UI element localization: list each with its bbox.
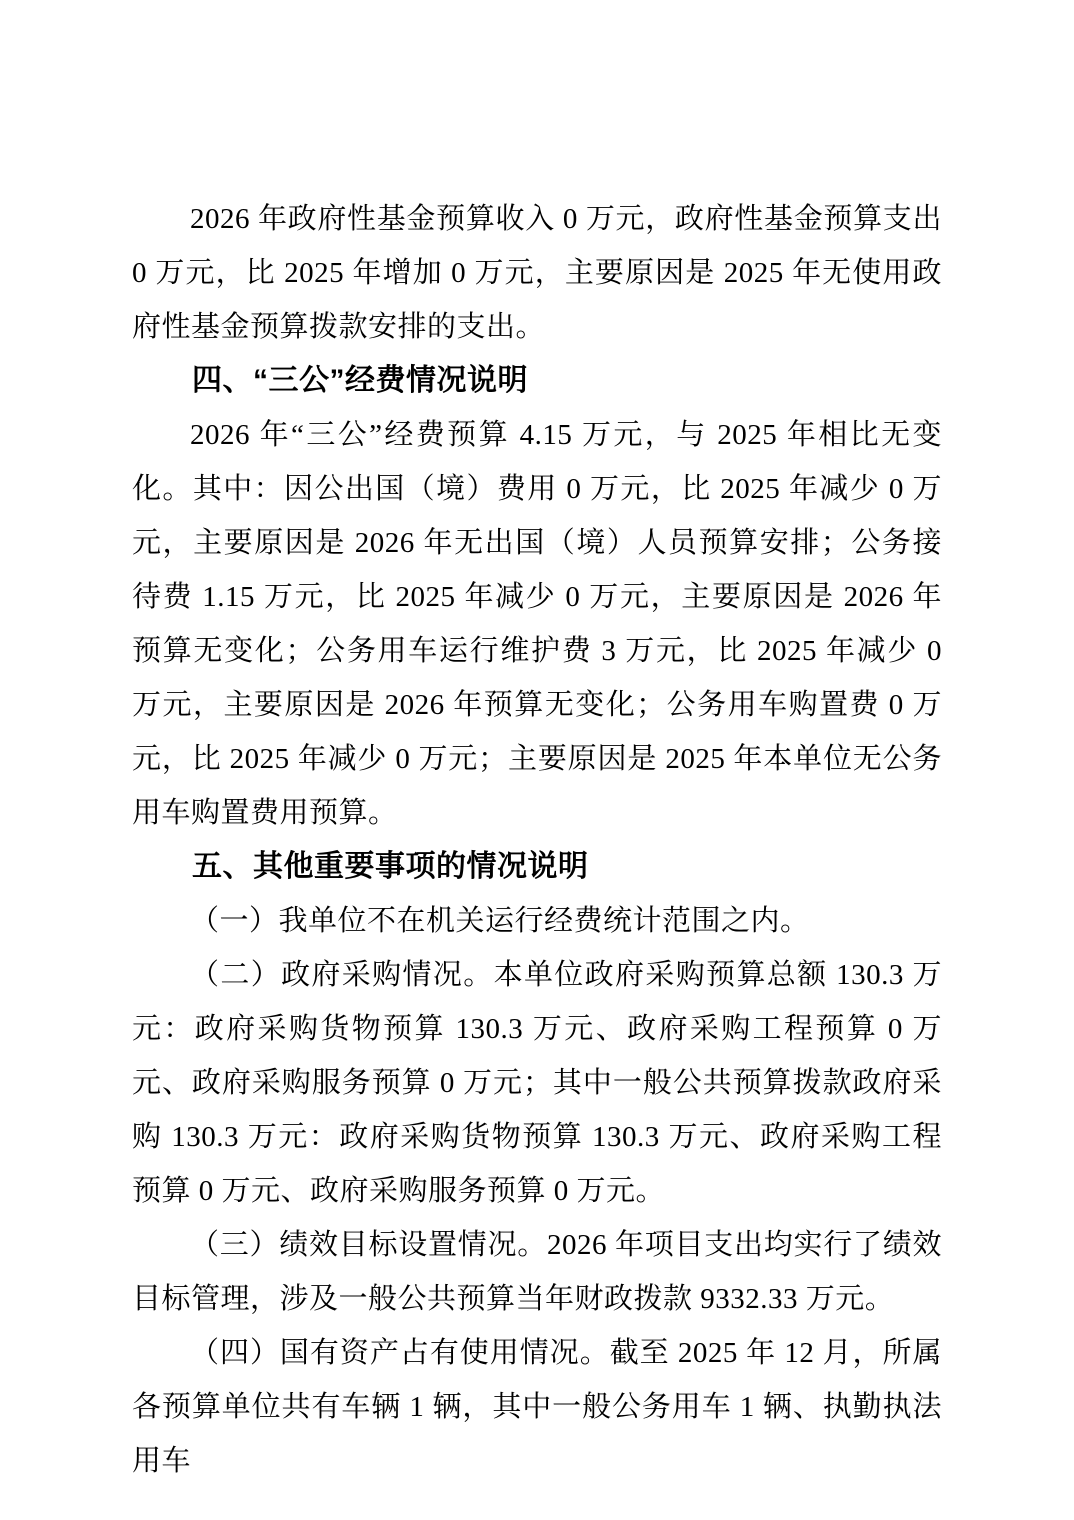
paragraph-item-four-state-assets: （四）国有资产占有使用情况。截至 2025 年 12 月，所属各预算单位共有车辆… <box>132 1326 942 1488</box>
heading-section-four-three-public-expenses: 四、“三公”经费情况说明 <box>132 354 942 408</box>
document-content: 2026 年政府性基金预算收入 0 万元，政府性基金预算支出 0 万元，比 20… <box>132 192 942 1488</box>
document-viewer: { "page": { "background_color": "#ffffff… <box>0 0 1074 1520</box>
paragraph-three-public-expenses-detail: 2026 年“三公”经费预算 4.15 万元，与 2025 年相比无变化。其中：… <box>132 408 942 840</box>
heading-section-five-other-important-items: 五、其他重要事项的情况说明 <box>132 840 942 894</box>
paragraph-item-one-operating-funds: （一）我单位不在机关运行经费统计范围之内。 <box>132 894 942 948</box>
document-page: 2026 年政府性基金预算收入 0 万元，政府性基金预算支出 0 万元，比 20… <box>0 0 1074 1520</box>
paragraph-item-two-gov-procurement: （二）政府采购情况。本单位政府采购预算总额 130.3 万元：政府采购货物预算 … <box>132 948 942 1218</box>
paragraph-gov-fund-budget: 2026 年政府性基金预算收入 0 万元，政府性基金预算支出 0 万元，比 20… <box>132 192 942 354</box>
paragraph-item-three-performance-targets: （三）绩效目标设置情况。2026 年项目支出均实行了绩效目标管理，涉及一般公共预… <box>132 1218 942 1326</box>
